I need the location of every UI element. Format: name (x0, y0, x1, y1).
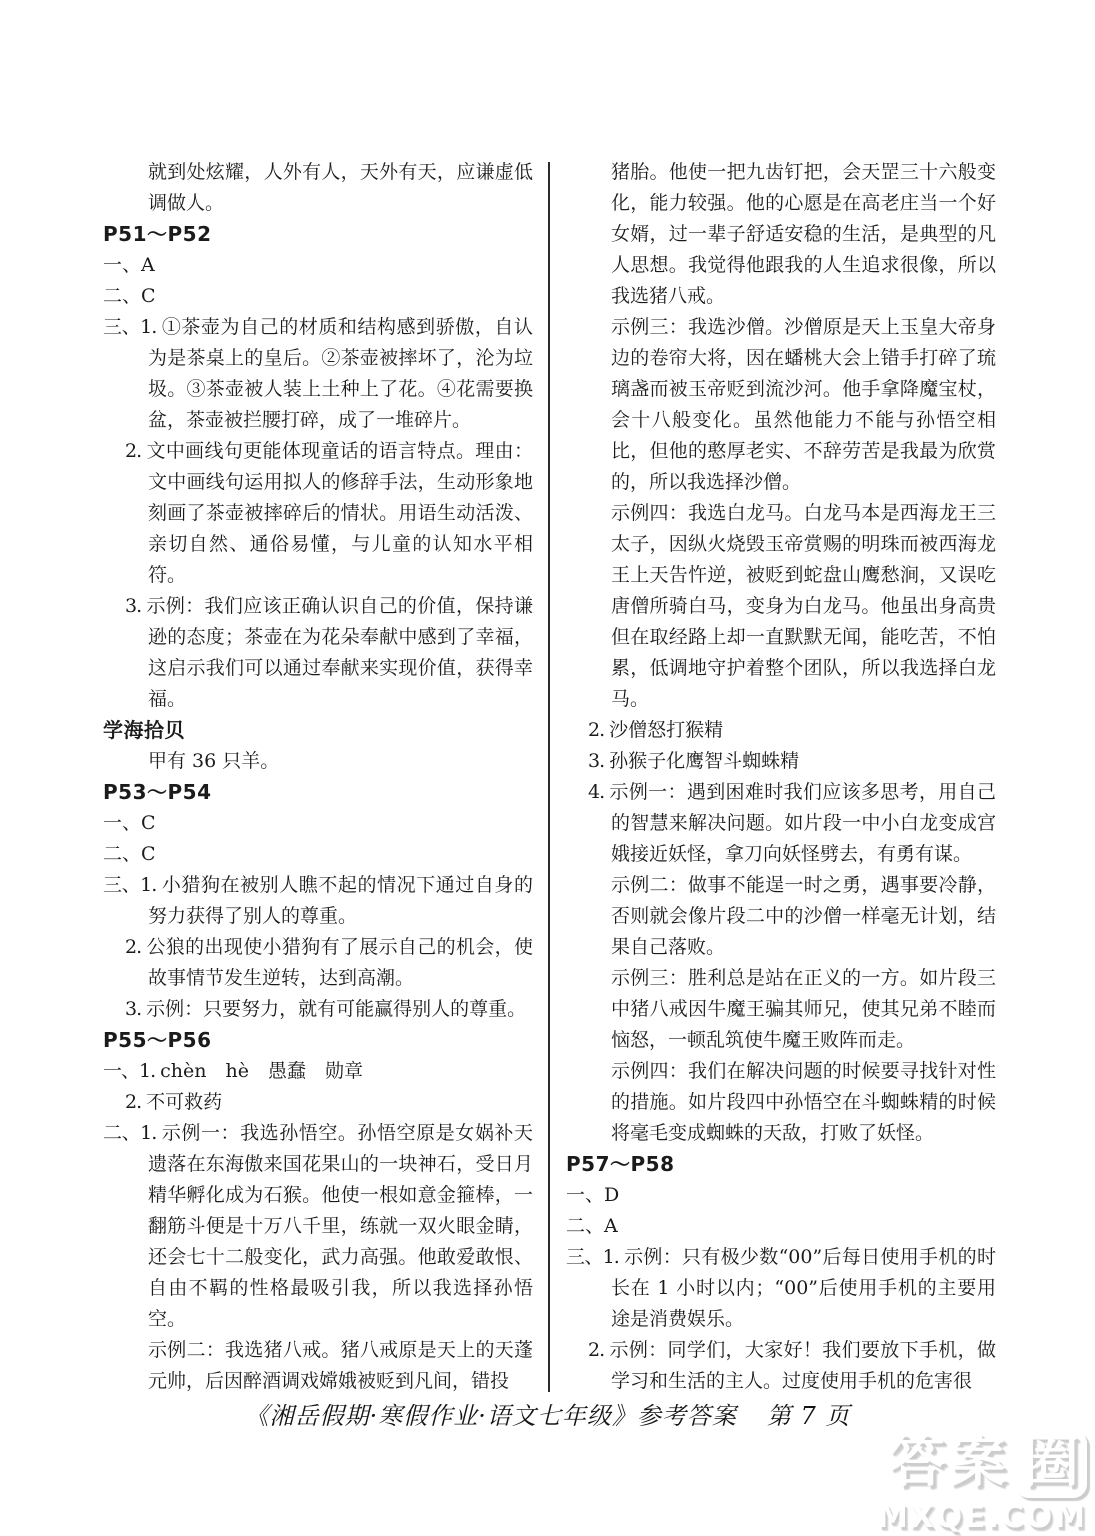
list-marker: 三、1. (103, 874, 156, 896)
watermark-brand-badge: 圈 (1015, 1430, 1087, 1498)
answer-text: 示例四：我选白龙马。白龙马本是西海龙王三太子，因纵火烧毁玉帝赏赐的明珠而被西海龙… (611, 502, 996, 710)
answer-paragraph: 示例四：我们在解决问题的时候要寻找针对性的措施。如片段四中孙悟空在斗蜘蛛精的时候… (566, 1056, 996, 1149)
answer-text: 猪胎。他使一把九齿钉把，会天罡三十六般变化，能力较强。他的心愿是在高老庄当一个好… (611, 161, 996, 307)
answer-text: 孙猴子化鹰智斗蜘蛛精 (609, 750, 799, 772)
answer-text: P53～P54 (103, 780, 211, 804)
answer-item: 2.文中画线句更能体现童话的语言特点。理由：文中画线句运用拟人的修辞手法，生动形… (103, 436, 533, 591)
section-header: P55～P56 (103, 1025, 533, 1056)
answer-text: 一、C (103, 812, 156, 834)
section-header: P57～P58 (566, 1149, 996, 1180)
answer-text: 甲有 36 只羊。 (148, 750, 279, 772)
answer-line: 一、D (566, 1180, 996, 1211)
answer-text: 不可救药 (146, 1091, 222, 1113)
answer-line: 一、C (103, 808, 533, 839)
watermark-site: MXQE.COM (877, 1502, 1087, 1533)
answer-item: 一、1.chèn hè 愚蠢 勋章 (103, 1056, 533, 1087)
answer-text: P57～P58 (566, 1152, 674, 1176)
list-marker: 3. (125, 595, 141, 617)
list-marker: 2. (125, 1091, 141, 1113)
answer-paragraph: 示例二：做事不能逞一时之勇，遇事要冷静，否则就会像片段二中的沙僧一样毫无计划，结… (566, 870, 996, 963)
footer-title: 《湘岳假期·寒假作业·语文七年级》参考答案 (245, 1402, 737, 1430)
answer-text: 示例一：遇到困难时我们应该多思考，用自己的智慧来解决问题。如片段一中小白龙变成宫… (609, 781, 996, 865)
answer-text: 小猎狗在被别人瞧不起的情况下通过自身的努力获得了别人的尊重。 (148, 874, 533, 927)
list-marker: 3. (588, 750, 604, 772)
answer-text: 示例二：我选猪八戒。猪八戒原是天上的天蓬元帅，后因醉酒调戏嫦娥被贬到凡间，错投 (148, 1339, 533, 1392)
answer-line: 二、C (103, 281, 533, 312)
answer-text: 文中画线句更能体现童话的语言特点。理由：文中画线句运用拟人的修辞手法，生动形象地… (146, 440, 533, 586)
answer-text: 一、D (566, 1184, 619, 1206)
answer-text: 一、A (103, 254, 155, 276)
right-column: 猪胎。他使一把九齿钉把，会天罡三十六般变化，能力较强。他的心愿是在高老庄当一个好… (566, 157, 996, 1400)
answer-paragraph: 甲有 36 只羊。 (103, 746, 533, 777)
answer-line: 二、C (103, 839, 533, 870)
answer-item: 3.示例：只要努力，就有可能赢得别人的尊重。 (103, 994, 533, 1025)
answer-item: 3.孙猴子化鹰智斗蜘蛛精 (566, 746, 996, 777)
section-header: P53～P54 (103, 777, 533, 808)
section-header: 学海拾贝 (103, 715, 533, 746)
answer-text: 示例三：我选沙僧。沙僧原是天上玉皇大帝身边的卷帘大将，因在蟠桃大会上错手打碎了琉… (611, 316, 996, 493)
answer-text: 二、C (103, 843, 156, 865)
watermark-brand: 答案圈 (877, 1430, 1087, 1498)
answer-item: 三、1.①茶壶为自己的材质和结构感到骄傲，自认为是茶桌上的皇后。②茶壶被摔坏了，… (103, 312, 533, 436)
answer-paragraph: 示例四：我选白龙马。白龙马本是西海龙王三太子，因纵火烧毁玉帝赏赐的明珠而被西海龙… (566, 498, 996, 715)
answer-paragraph: 示例二：我选猪八戒。猪八戒原是天上的天蓬元帅，后因醉酒调戏嫦娥被贬到凡间，错投 (103, 1335, 533, 1397)
list-marker: 2. (125, 936, 141, 958)
answer-line: 二、A (566, 1211, 996, 1242)
answer-item: 三、1.示例：只有极少数“00”后每日使用手机的时长在 1 小时以内；“00”后… (566, 1242, 996, 1335)
answer-item: 2.不可救药 (103, 1087, 533, 1118)
list-marker: 二、1. (103, 1122, 156, 1144)
watermark-brand-text: 答案 (889, 1430, 1011, 1495)
answer-text: P51～P52 (103, 222, 211, 246)
left-column: 就到处炫耀，人外有人，天外有天，应谦虚低调做人。P51～P52一、A二、C三、1… (103, 157, 533, 1400)
answer-item: 4.示例一：遇到困难时我们应该多思考，用自己的智慧来解决问题。如片段一中小白龙变… (566, 777, 996, 870)
list-marker: 三、1. (103, 316, 156, 338)
answer-line: 一、A (103, 250, 533, 281)
answer-paragraph: 示例三：我选沙僧。沙僧原是天上玉皇大帝身边的卷帘大将，因在蟠桃大会上错手打碎了琉… (566, 312, 996, 498)
answer-text: 示例四：我们在解决问题的时候要寻找针对性的措施。如片段四中孙悟空在斗蜘蛛精的时候… (611, 1060, 996, 1144)
page-footer: 《湘岳假期·寒假作业·语文七年级》参考答案第 7 页 (0, 1396, 1095, 1431)
answer-text: 沙僧怒打猴精 (609, 719, 723, 741)
watermark: 答案圈 MXQE.COM (877, 1430, 1087, 1533)
section-header: P51～P52 (103, 219, 533, 250)
list-marker: 2. (588, 1339, 604, 1361)
answer-text: 示例三：胜利总是站在正义的一方。如片段三中猪八戒因牛魔王骗其师兄，使其兄弟不睦而… (611, 967, 996, 1051)
answer-text: 二、A (566, 1215, 618, 1237)
answer-text: P55～P56 (103, 1028, 211, 1052)
answer-text: ①茶壶为自己的材质和结构感到骄傲，自认为是茶桌上的皇后。②茶壶被摔坏了，沦为垃圾… (148, 316, 533, 431)
answer-paragraph: 就到处炫耀，人外有人，天外有天，应谦虚低调做人。 (103, 157, 533, 219)
list-marker: 2. (588, 719, 604, 741)
column-divider (548, 162, 550, 1392)
list-marker: 三、1. (566, 1246, 619, 1268)
footer-page-number: 第 7 页 (767, 1402, 851, 1430)
list-marker: 3. (125, 998, 141, 1020)
answer-text: 示例：同学们，大家好！我们要放下手机，做学习和生活的主人。过度使用手机的危害很 (609, 1339, 996, 1392)
answer-text: 二、C (103, 285, 156, 307)
answer-text: chèn hè 愚蠢 勋章 (160, 1060, 363, 1082)
answer-text: 示例：只有极少数“00”后每日使用手机的时长在 1 小时以内；“00”后使用手机… (611, 1246, 996, 1330)
answer-item: 2.示例：同学们，大家好！我们要放下手机，做学习和生活的主人。过度使用手机的危害… (566, 1335, 996, 1397)
answer-paragraph: 猪胎。他使一把九齿钉把，会天罡三十六般变化，能力较强。他的心愿是在高老庄当一个好… (566, 157, 996, 312)
answer-text: 学海拾贝 (103, 718, 185, 742)
answer-key-page: 就到处炫耀，人外有人，天外有天，应谦虚低调做人。P51～P52一、A二、C三、1… (0, 0, 1095, 1536)
answer-text: 示例一：我选孙悟空。孙悟空原是女娲补天遗落在东海傲来国花果山的一块神石，受日月精… (148, 1122, 533, 1330)
list-marker: 一、1. (103, 1060, 155, 1082)
answer-item: 2.公狼的出现使小猎狗有了展示自己的机会，使故事情节发生逆转，达到高潮。 (103, 932, 533, 994)
list-marker: 2. (125, 440, 141, 462)
answer-text: 示例二：做事不能逞一时之勇，遇事要冷静，否则就会像片段二中的沙僧一样毫无计划，结… (611, 874, 996, 958)
answer-item: 2.沙僧怒打猴精 (566, 715, 996, 746)
answer-item: 3.示例：我们应该正确认识自己的价值，保持谦逊的态度；茶壶在为花朵奉献中感到了幸… (103, 591, 533, 715)
answer-text: 示例：只要努力，就有可能赢得别人的尊重。 (146, 998, 526, 1020)
list-marker: 4. (588, 781, 604, 803)
answer-item: 三、1.小猎狗在被别人瞧不起的情况下通过自身的努力获得了别人的尊重。 (103, 870, 533, 932)
answer-text: 示例：我们应该正确认识自己的价值，保持谦逊的态度；茶壶在为花朵奉献中感到了幸福，… (146, 595, 533, 710)
answer-item: 二、1.示例一：我选孙悟空。孙悟空原是女娲补天遗落在东海傲来国花果山的一块神石，… (103, 1118, 533, 1335)
answer-text: 就到处炫耀，人外有人，天外有天，应谦虚低调做人。 (148, 161, 533, 214)
answer-paragraph: 示例三：胜利总是站在正义的一方。如片段三中猪八戒因牛魔王骗其师兄，使其兄弟不睦而… (566, 963, 996, 1056)
answer-text: 公狼的出现使小猎狗有了展示自己的机会，使故事情节发生逆转，达到高潮。 (146, 936, 533, 989)
